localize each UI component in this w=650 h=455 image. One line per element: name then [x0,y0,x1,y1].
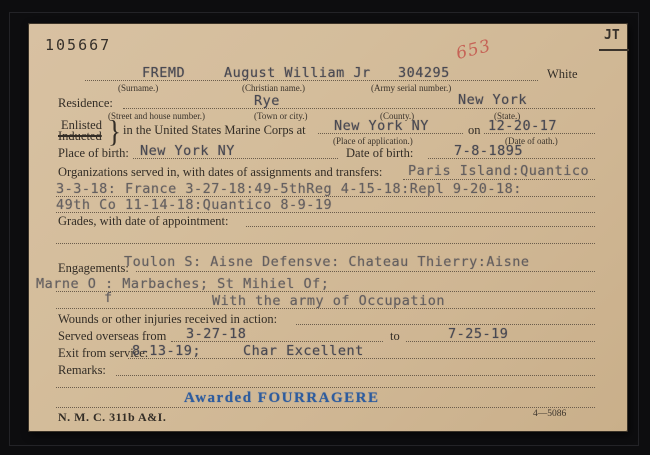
place-of-birth-label: Place of birth: [58,146,129,161]
organizations-line3: 49th Co 11-14-18:Quantico 8-9-19 [56,197,332,213]
inducted-label-struck: Inducted [58,129,102,144]
engagements-label: Engagements: [58,261,129,276]
street-label: (Street and house number.) [108,111,205,121]
corner-initials: JT [604,28,620,43]
surname-value: FREMD [142,65,185,81]
organizations-line1: Paris Island:Quantico [408,163,589,179]
red-annotation: 653 [454,36,493,64]
overseas-to-value: 7-25-19 [448,326,508,342]
form-number: N. M. C. 311b A&I. [58,410,166,425]
wounds-label: Wounds or other injuries received in act… [58,312,277,327]
on-label: on [468,123,481,138]
place-of-birth-value: New York NY [140,143,235,159]
dotted-line [116,375,595,376]
remarks-label: Remarks: [58,363,106,378]
town-label: (Town or city.) [254,111,308,121]
print-code: 4—5086 [533,409,566,419]
dotted-line [56,387,595,388]
brace-glyph: } [108,114,121,150]
corner-initials-underline [599,49,629,51]
dotted-line [56,407,595,408]
dotted-line [403,179,595,180]
file-number: 105667 [45,36,111,54]
dotted-line [246,226,595,227]
serial-number-value: 304295 [398,65,450,81]
dotted-line [56,243,595,244]
engagements-line1: Toulon S: Aisne Defensve: Chateau Thierr… [124,254,530,270]
enlistment-date-value: 12-20-17 [488,118,557,134]
date-of-birth-value: 7-8-1895 [454,143,523,159]
residence-town-value: Rye [254,93,280,109]
dotted-line [123,108,595,109]
engagements-dropped-char: f [104,290,113,306]
engagements-line3: With the army of Occupation [212,293,445,309]
exit-date-value: 8-13-19; [132,343,201,359]
place-application-label: (Place of application.) [333,136,413,146]
enlistment-sentence: in the United States Marine Corps at [123,123,306,138]
engagements-line2: Marne O : Marbaches; St Mihiel Of; [36,276,329,292]
surname-label: (Surname.) [118,83,158,93]
grades-label: Grades, with date of appointment: [58,214,228,229]
christian-name-label: (Christian name.) [242,83,305,93]
character-value: Char Excellent [243,343,364,359]
service-record-card: 105667 JT 653 FREMD August William Jr 30… [28,23,628,432]
race-value: White [547,67,578,82]
dotted-line [136,271,595,272]
residence-state-value: New York [458,92,527,108]
serial-number-label: (Army serial number.) [371,83,451,93]
enlistment-place-value: New York NY [334,118,429,134]
dotted-line [296,324,595,325]
christian-name-value: August William Jr [224,65,371,81]
organizations-line2: 3-3-18: France 3-27-18:49-5thReg 4-15-18… [56,181,522,197]
scanned-card-image: 105667 JT 653 FREMD August William Jr 30… [0,0,650,455]
overseas-from-label: Served overseas from [58,329,166,344]
award-stamp: Awarded FOURRAGERE [184,390,379,407]
residence-label: Residence: [58,96,113,111]
overseas-to-label: to [390,329,400,344]
overseas-from-value: 3-27-18 [186,326,246,342]
date-of-birth-label: Date of birth: [346,146,413,161]
organizations-label: Organizations served in, with dates of a… [58,165,382,180]
